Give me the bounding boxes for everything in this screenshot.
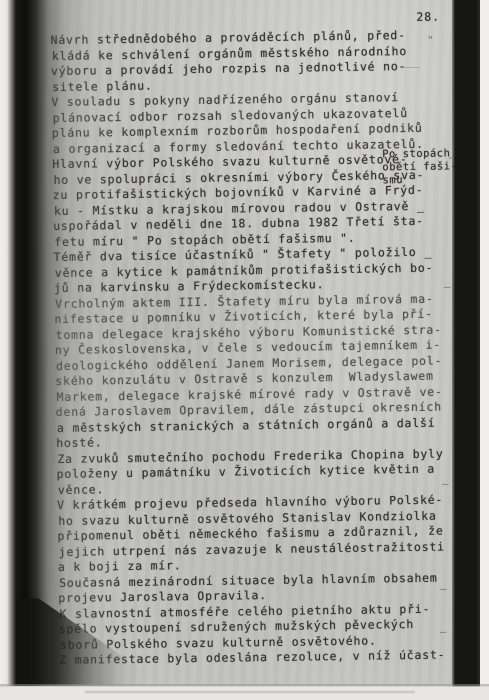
margin-mark: ": [427, 35, 434, 47]
scan-margin-right: [480, 0, 489, 700]
scanned-book-page: 28. Návrh střednědobého a prováděcích pl…: [0, 0, 489, 700]
book-gutter-shadow: [0, 0, 135, 686]
margin-mark: —: [440, 626, 447, 638]
margin-mark: —: [440, 583, 447, 595]
margin-mark: —: [442, 478, 449, 490]
book-edge-right: [452, 0, 480, 688]
margin-mark: ___: [400, 56, 420, 68]
margin-mark: —: [444, 281, 451, 293]
page-under-edge-line: [85, 691, 415, 693]
